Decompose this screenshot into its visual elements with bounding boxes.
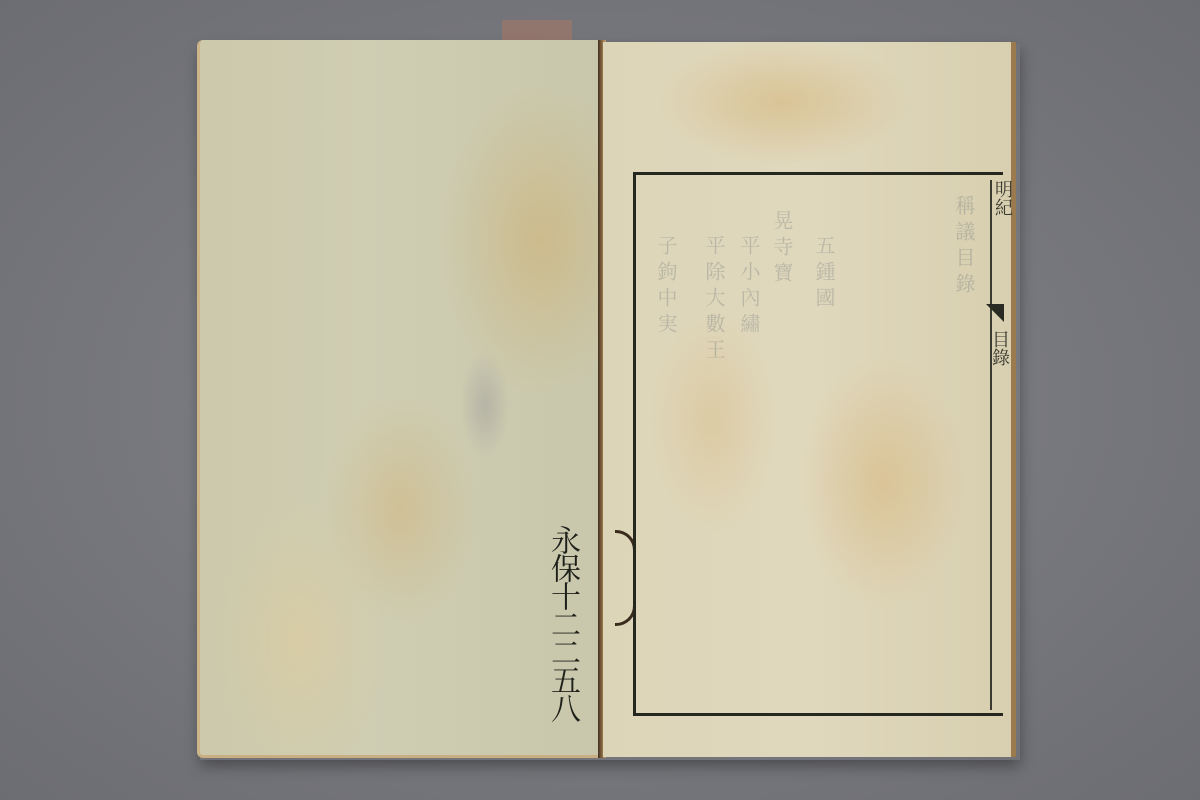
bleed-through-column: 平小內繡 [735,235,764,339]
bleed-through-mark [460,350,510,460]
frame-centre-line [990,180,992,710]
handwritten-inscription: 永保十二二五八 [540,525,584,721]
fishtail-mark [986,304,1004,322]
bleed-through-column: 五鍾國 [810,235,839,313]
margin-title: 明紀 [992,180,1012,216]
bleed-through-column: 稱議目錄 [950,195,979,299]
bleed-through-column: 子鉤中実 [652,235,681,339]
bleed-through-column: 晃寺寶 [768,210,797,288]
margin-subtitle: 目錄 [992,330,1012,366]
bleed-through-column: 平除大數王 [700,235,729,365]
